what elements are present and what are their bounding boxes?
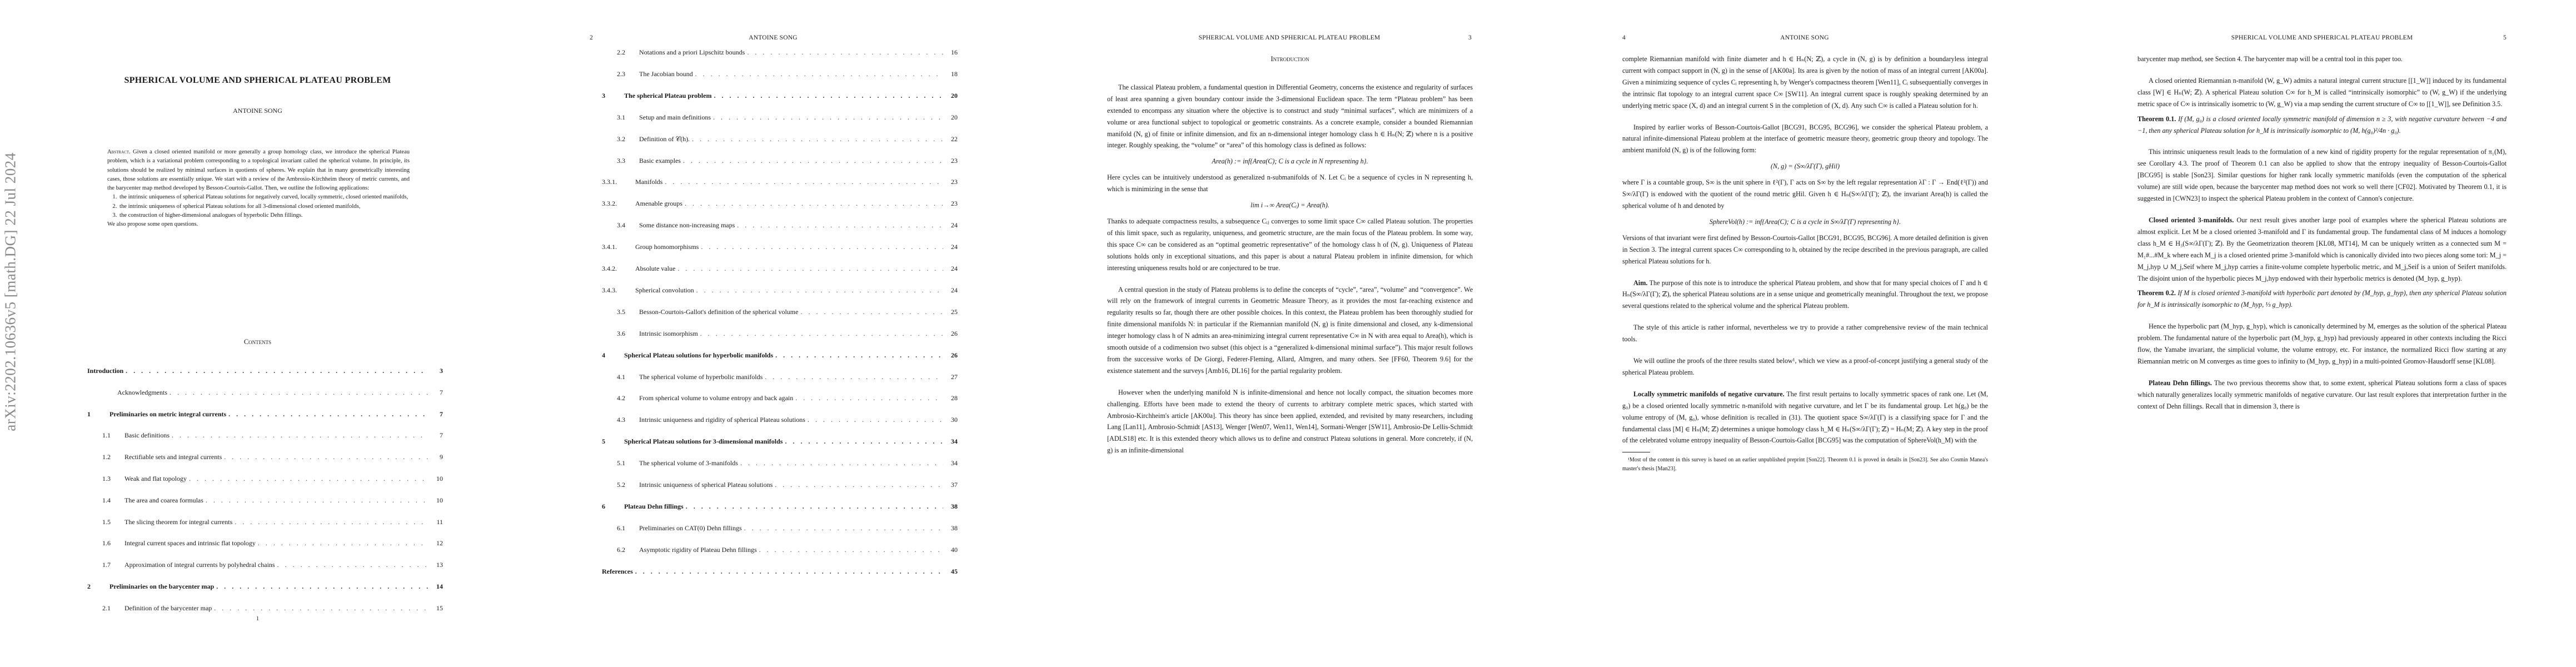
toc-label: Integral current spaces and intrinsic fl… bbox=[124, 539, 256, 547]
toc-page-number: 25 bbox=[945, 308, 958, 316]
toc-label: From spherical volume to volume entropy … bbox=[639, 394, 793, 402]
toc-number: 4.1 bbox=[602, 373, 639, 381]
toc-label: References bbox=[602, 568, 633, 576]
page-3: SPHERICAL VOLUME AND SPHERICAL PLATEAU P… bbox=[1030, 0, 1546, 667]
toc-page-number: 34 bbox=[945, 459, 958, 467]
toc-leader-dots bbox=[216, 583, 428, 591]
toc-number: 3.4.2. bbox=[602, 265, 635, 273]
paragraph: complete Riemannian manifold with finite… bbox=[1622, 53, 1988, 112]
toc-entry[interactable]: 6Plateau Dehn fillings38 bbox=[602, 502, 958, 514]
toc-label: Spherical convolution bbox=[635, 286, 694, 295]
theorem: Theorem 0.1. If (M, g₀) is a closed orie… bbox=[2137, 113, 2507, 137]
toc-entry[interactable]: 3The spherical Plateau problem20 bbox=[602, 92, 958, 103]
toc-number: 2.1 bbox=[87, 604, 124, 613]
toc-number: 6.2 bbox=[602, 546, 639, 554]
toc-label: Preliminaries on metric integral current… bbox=[109, 410, 226, 419]
toc-leader-dots bbox=[683, 157, 943, 165]
paragraph: Hence the hyperbolic part (M_hyp, g_hyp)… bbox=[2137, 321, 2507, 367]
toc-leader-dots bbox=[170, 389, 428, 397]
toc-page-number: 24 bbox=[945, 286, 958, 295]
toc-page-number: 30 bbox=[945, 416, 958, 424]
toc-leader-dots bbox=[740, 459, 943, 467]
toc-entry[interactable]: 1.6Integral current spaces and intrinsic… bbox=[87, 539, 443, 550]
toc-label: Spherical Plateau solutions for hyperbol… bbox=[624, 351, 773, 360]
paragraph: barycenter map method, see Section 4. Th… bbox=[2137, 53, 2507, 65]
toc-label: Weak and flat topology bbox=[124, 475, 187, 483]
page-4: 4 ANTOINE SONG complete Riemannian manif… bbox=[1546, 0, 2061, 667]
page-body: complete Riemannian manifold with finite… bbox=[1622, 53, 1988, 474]
toc-label: Preliminaries on the barycenter map bbox=[109, 583, 214, 591]
toc-number: 1.5 bbox=[87, 518, 124, 526]
toc-label: Intrinsic uniqueness of spherical Platea… bbox=[639, 481, 773, 489]
toc-number: 4 bbox=[602, 351, 624, 360]
toc-page-number: 28 bbox=[945, 394, 958, 402]
toc-number: 3.3.1. bbox=[602, 178, 635, 186]
toc-entry[interactable]: 4Spherical Plateau solutions for hyperbo… bbox=[602, 351, 958, 362]
toc-entry[interactable]: Introduction3 bbox=[87, 367, 443, 378]
toc-page-number: 24 bbox=[945, 221, 958, 230]
page-number: 1 bbox=[0, 615, 515, 622]
paragraph: Here cycles can be intuitively understoo… bbox=[1107, 172, 1473, 195]
paragraph: However when the underlying manifold N i… bbox=[1107, 387, 1473, 456]
paper-author: ANTOINE SONG bbox=[72, 107, 443, 115]
toc-entry[interactable]: 1.3Weak and flat topology10 bbox=[87, 475, 443, 486]
toc-number: 1.2 bbox=[87, 453, 124, 461]
section-heading: Introduction bbox=[1107, 53, 1473, 65]
toc-label: Spherical Plateau solutions for 3-dimens… bbox=[624, 437, 783, 446]
toc-label: Acknowledgments bbox=[102, 389, 167, 397]
toc-entry[interactable]: 3.4.3.Spherical convolution24 bbox=[602, 286, 958, 297]
page-body: Introduction The classical Plateau probl… bbox=[1107, 53, 1473, 456]
abstract-list: the intrinsic uniqueness of spherical Pl… bbox=[107, 193, 410, 220]
toc-number: 3.5 bbox=[602, 308, 639, 316]
toc-page-number: 23 bbox=[945, 157, 958, 165]
toc-page-number: 26 bbox=[945, 351, 958, 360]
footnote-rule bbox=[1622, 452, 1650, 452]
toc-entry[interactable]: 3.2Definition of 𝒞(h).22 bbox=[602, 135, 958, 146]
toc-entry[interactable]: 4.3Intrinsic uniqueness and rigidity of … bbox=[602, 416, 958, 427]
toc-label: Besson-Courtois-Gallot's definition of t… bbox=[639, 308, 798, 316]
toc-label: Introduction bbox=[87, 367, 123, 375]
toc-page-number: 12 bbox=[431, 539, 443, 547]
toc-entry[interactable]: 2.1Definition of the barycenter map15 bbox=[87, 604, 443, 615]
toc-page-number: 9 bbox=[431, 453, 443, 461]
toc-leader-dots bbox=[189, 475, 428, 483]
running-head: SPHERICAL VOLUME AND SPHERICAL PLATEAU P… bbox=[2137, 34, 2507, 46]
toc-leader-dots bbox=[795, 394, 943, 402]
toc-leader-dots bbox=[775, 481, 943, 489]
toc-label: Approximation of integral currents by po… bbox=[124, 561, 275, 569]
toc-label: Definition of 𝒞(h). bbox=[639, 135, 690, 143]
toc-page-number: 26 bbox=[945, 330, 958, 338]
paragraph: This intrinsic uniqueness result leads t… bbox=[2137, 146, 2507, 205]
toc-label: The area and coarea formulas bbox=[124, 496, 203, 505]
toc-page-number: 7 bbox=[431, 431, 443, 440]
toc-leader-dots bbox=[700, 330, 943, 338]
paragraph-label: Locally symmetric manifolds of negative … bbox=[1633, 390, 1785, 398]
toc-number: 1.1 bbox=[87, 431, 124, 440]
toc-entry[interactable]: 1Preliminaries on metric integral curren… bbox=[87, 410, 443, 421]
toc-leader-dots bbox=[785, 437, 943, 446]
abstract-closing: We also propose some open questions. bbox=[107, 220, 410, 229]
toc-number: 1 bbox=[87, 410, 109, 419]
toc-leader-dots bbox=[759, 546, 943, 554]
toc-entry[interactable]: 1.1Basic definitions7 bbox=[87, 431, 443, 442]
toc-leader-dots bbox=[775, 351, 943, 360]
running-head-title: SPHERICAL VOLUME AND SPHERICAL PLATEAU P… bbox=[2137, 34, 2507, 41]
toc-leader-dots bbox=[206, 496, 428, 505]
toc-label: The spherical volume of 3-manifolds bbox=[639, 459, 738, 467]
toc-label: The slicing theorem for integral current… bbox=[124, 518, 232, 526]
toc-page-number: 37 bbox=[945, 481, 958, 489]
theorem-label: Theorem 0.1. bbox=[2137, 115, 2176, 123]
toc-number: 1.7 bbox=[87, 561, 124, 569]
toc-label: Preliminaries on CAT(0) Dehn fillings bbox=[639, 524, 742, 532]
toc-leader-dots bbox=[800, 308, 943, 316]
paragraph: where Γ is a countable group, S∞ is the … bbox=[1622, 177, 1988, 212]
toc-number: 3 bbox=[602, 92, 624, 100]
toc-entry[interactable]: 6.1Preliminaries on CAT(0) Dehn fillings… bbox=[602, 524, 958, 535]
toc-page-number: 7 bbox=[431, 389, 443, 397]
equation: lim i→∞ Area(Cᵢ) = Area(h). bbox=[1107, 200, 1473, 211]
toc-leader-dots bbox=[126, 367, 428, 375]
toc-entry[interactable]: 6.2Asymptotic rigidity of Plateau Dehn f… bbox=[602, 546, 958, 557]
arxiv-stamp: arXiv:2202.10636v5 [math.DG] 22 Jul 2024 bbox=[3, 111, 18, 472]
toc-page-number: 16 bbox=[945, 48, 958, 57]
toc-leader-dots bbox=[714, 92, 943, 100]
toc-entry[interactable]: 3.4.1.Group homomorphisms24 bbox=[602, 243, 958, 254]
equation: Area(h) := inf{Area(C); C is a cycle in … bbox=[1107, 156, 1473, 167]
toc-leader-dots bbox=[713, 113, 943, 122]
toc-number: 2.3 bbox=[602, 70, 639, 78]
toc-label: Rectifiable sets and integral currents bbox=[124, 453, 222, 461]
toc-number: 3.4.1. bbox=[602, 243, 635, 251]
toc-entry[interactable]: 3.3.2.Amenable groups23 bbox=[602, 200, 958, 211]
toc-page-number: 23 bbox=[945, 200, 958, 208]
abstract-item: the construction of higher-dimensional a… bbox=[118, 211, 410, 220]
toc-leader-dots bbox=[744, 524, 943, 532]
toc-entry[interactable]: 1.2Rectifiable sets and integral current… bbox=[87, 453, 443, 464]
toc-label: Intrinsic isomorphism bbox=[639, 330, 698, 338]
toc-number: 5.2 bbox=[602, 481, 639, 489]
toc-label: Notations and a priori Lipschitz bounds bbox=[639, 48, 745, 57]
toc-page-number: 14 bbox=[431, 583, 443, 591]
toc-leader-dots bbox=[665, 178, 943, 186]
toc-entry[interactable]: 3.4.2.Absolute value24 bbox=[602, 265, 958, 276]
toc-label: Setup and main definitions bbox=[639, 113, 711, 122]
toc-leader-dots bbox=[696, 286, 943, 295]
toc-number: 3.1 bbox=[602, 113, 639, 122]
toc-page-number: 27 bbox=[945, 373, 958, 381]
toc-entry[interactable]: 2.2Notations and a priori Lipschitz boun… bbox=[602, 48, 958, 59]
paragraph: Inspired by earlier works of Besson-Cour… bbox=[1622, 122, 1988, 157]
toc-leader-dots bbox=[235, 518, 428, 526]
paragraph-label: Closed oriented 3-manifolds. bbox=[2149, 216, 2234, 224]
toc-label: Manifolds bbox=[635, 178, 662, 186]
paragraph: Versions of that invariant were first de… bbox=[1622, 232, 1988, 267]
toc-entry[interactable]: Acknowledgments7 bbox=[87, 389, 443, 400]
paragraph: We will outline the proofs of the three … bbox=[1622, 355, 1988, 379]
running-head-title: SPHERICAL VOLUME AND SPHERICAL PLATEAU P… bbox=[1107, 34, 1472, 41]
toc-number: 4.3 bbox=[602, 416, 639, 424]
toc-leader-dots bbox=[224, 453, 428, 461]
toc-number: 3.3 bbox=[602, 157, 639, 165]
toc-number: 3.3.2. bbox=[602, 200, 635, 208]
abstract-label: Abstract. bbox=[107, 149, 131, 155]
toc-entry[interactable]: 3.3.1.Manifolds23 bbox=[602, 178, 958, 189]
toc-entry[interactable]: 5Spherical Plateau solutions for 3-dimen… bbox=[602, 437, 958, 449]
toc-label: Plateau Dehn fillings bbox=[624, 502, 684, 511]
abstract-item: the intrinsic uniqueness of spherical Pl… bbox=[118, 202, 410, 211]
running-head: 2 ANTOINE SONG bbox=[590, 34, 956, 46]
toc-entry[interactable]: 3.4Some distance non-increasing maps24 bbox=[602, 221, 958, 232]
toc-label: Absolute value bbox=[635, 265, 675, 273]
toc-entry[interactable]: 4.2From spherical volume to volume entro… bbox=[602, 394, 958, 405]
page-number: 3 bbox=[1468, 34, 1472, 41]
equation: SphereVol(h) := inf{Area(C); C is a cycl… bbox=[1622, 216, 1988, 228]
page-1: arXiv:2202.10636v5 [math.DG] 22 Jul 2024… bbox=[0, 0, 515, 667]
toc-number: 2 bbox=[87, 583, 109, 591]
toc-page-number: 40 bbox=[945, 546, 958, 554]
toc-leader-dots bbox=[686, 502, 943, 511]
abstract: Abstract. Given a closed oriented manifo… bbox=[107, 148, 410, 230]
toc-label: Asymptotic rigidity of Plateau Dehn fill… bbox=[639, 546, 757, 554]
paragraph: Plateau Dehn fillings. The two previous … bbox=[2137, 377, 2507, 412]
paragraph-label: Plateau Dehn fillings. bbox=[2149, 379, 2212, 387]
toc-entry[interactable]: 4.1The spherical volume of hyperbolic ma… bbox=[602, 373, 958, 384]
toc-number: 5.1 bbox=[602, 459, 639, 467]
toc-entry[interactable]: 1.7Approximation of integral currents by… bbox=[87, 561, 443, 572]
toc-leader-dots bbox=[172, 431, 428, 440]
toc-entry[interactable]: 3.1Setup and main definitions20 bbox=[602, 113, 958, 125]
footnote: ¹Most of the content in this survey is b… bbox=[1622, 456, 1988, 474]
toc-page-number: 7 bbox=[431, 410, 443, 419]
paragraph: Locally symmetric manifolds of negative … bbox=[1622, 389, 1988, 447]
toc-page-number: 20 bbox=[945, 92, 958, 100]
toc-leader-dots bbox=[685, 200, 943, 208]
paragraph: Aim. The purpose of this note is to intr… bbox=[1622, 277, 1988, 312]
toc-number: 4.2 bbox=[602, 394, 639, 402]
toc-page-number: 24 bbox=[945, 265, 958, 273]
toc-entry[interactable]: 2Preliminaries on the barycenter map14 bbox=[87, 583, 443, 594]
toc-label: Basic definitions bbox=[124, 431, 170, 440]
toc-label: Some distance non-increasing maps bbox=[639, 221, 735, 230]
abstract-item: the intrinsic uniqueness of spherical Pl… bbox=[118, 193, 410, 202]
theorem: Theorem 0.2. If M is closed oriented 3-m… bbox=[2137, 287, 2507, 311]
toc-page-number: 38 bbox=[945, 524, 958, 532]
toc-page-number: 23 bbox=[945, 178, 958, 186]
toc-leader-dots bbox=[277, 561, 428, 569]
toc-number: 3.6 bbox=[602, 330, 639, 338]
toc-page-number: 45 bbox=[945, 568, 958, 576]
toc-leader-dots bbox=[737, 221, 943, 230]
running-head-title: ANTOINE SONG bbox=[1622, 34, 1987, 41]
toc-leader-dots bbox=[808, 416, 943, 424]
page-body: barycenter map method, see Section 4. Th… bbox=[2137, 53, 2507, 412]
toc-number: 1.3 bbox=[87, 475, 124, 483]
toc-page-number: 38 bbox=[945, 502, 958, 511]
toc-label: Amenable groups bbox=[635, 200, 682, 208]
paragraph: The style of this article is rather info… bbox=[1622, 322, 1988, 345]
toc-page-number: 18 bbox=[945, 70, 958, 78]
toc-entry[interactable]: 3.5Besson-Courtois-Gallot's definition o… bbox=[602, 308, 958, 319]
paragraph: A central question in the study of Plate… bbox=[1107, 284, 1473, 377]
toc-label: Definition of the barycenter map bbox=[124, 604, 212, 613]
toc-page-number: 20 bbox=[945, 113, 958, 122]
toc-leader-dots bbox=[692, 135, 943, 143]
paragraph: Thanks to adequate compactness results, … bbox=[1107, 216, 1473, 274]
toc-entry[interactable]: 1.4The area and coarea formulas10 bbox=[87, 496, 443, 507]
toc-leader-dots bbox=[765, 373, 943, 381]
toc-number: 1.4 bbox=[87, 496, 124, 505]
toc-entry[interactable]: 3.6Intrinsic isomorphism26 bbox=[602, 330, 958, 341]
equation: (N, g) = (S∞/λΓ(Γ), gHil) bbox=[1622, 161, 1988, 172]
toc-number: 2.2 bbox=[602, 48, 639, 57]
paragraph: A closed oriented Riemannian n-manifold … bbox=[2137, 75, 2507, 110]
toc-page-number: 34 bbox=[945, 437, 958, 446]
toc-page-number: 10 bbox=[431, 496, 443, 505]
running-head: 4 ANTOINE SONG bbox=[1622, 34, 1987, 46]
toc-label: The spherical Plateau problem bbox=[624, 92, 711, 100]
toc-page-number: 15 bbox=[431, 604, 443, 613]
toc-entry[interactable]: 5.1The spherical volume of 3-manifolds34 bbox=[602, 459, 958, 470]
page-5: SPHERICAL VOLUME AND SPHERICAL PLATEAU P… bbox=[2061, 0, 2576, 667]
toc-entry[interactable]: 5.2Intrinsic uniqueness of spherical Pla… bbox=[602, 481, 958, 492]
toc-page-number: 22 bbox=[945, 135, 958, 143]
theorem-label: Theorem 0.2. bbox=[2137, 289, 2176, 297]
toc-leader-dots bbox=[258, 539, 428, 547]
toc-label: The Jacobian bound bbox=[639, 70, 693, 78]
page-2: 2 ANTOINE SONG 2.2Notations and a priori… bbox=[515, 0, 1030, 667]
paper-title: SPHERICAL VOLUME AND SPHERICAL PLATEAU P… bbox=[72, 76, 443, 86]
paragraph: Closed oriented 3-manifolds. Our next re… bbox=[2137, 215, 2507, 284]
toc-leader-dots bbox=[677, 265, 943, 273]
toc-page-number: 11 bbox=[431, 518, 443, 526]
running-head: SPHERICAL VOLUME AND SPHERICAL PLATEAU P… bbox=[1107, 34, 1472, 46]
toc-entry[interactable]: 2.3The Jacobian bound18 bbox=[602, 70, 958, 81]
toc-number: 3.2 bbox=[602, 135, 639, 143]
toc-leader-dots bbox=[747, 48, 943, 57]
toc-page-number: 3 bbox=[431, 367, 443, 375]
toc-number: 6 bbox=[602, 502, 624, 511]
toc-number: 1.6 bbox=[87, 539, 124, 547]
toc-leader-dots bbox=[635, 568, 943, 576]
toc-label: Group homomorphisms bbox=[635, 243, 699, 251]
toc-leader-dots bbox=[228, 410, 428, 419]
toc-label: Basic examples bbox=[639, 157, 681, 165]
paragraph: The classical Plateau problem, a fundame… bbox=[1107, 82, 1473, 151]
page-number: 5 bbox=[2503, 34, 2507, 41]
toc-entry[interactable]: 1.5The slicing theorem for integral curr… bbox=[87, 518, 443, 529]
toc-page-number: 24 bbox=[945, 243, 958, 251]
abstract-text: Given a closed oriented manifold or more… bbox=[107, 149, 410, 191]
toc-entry[interactable]: References45 bbox=[602, 568, 958, 579]
toc-entry[interactable]: 3.3Basic examples23 bbox=[602, 157, 958, 168]
toc-page-number: 10 bbox=[431, 475, 443, 483]
toc-leader-dots bbox=[695, 70, 943, 78]
running-head-title: ANTOINE SONG bbox=[590, 34, 956, 41]
toc-leader-dots bbox=[214, 604, 428, 613]
toc-label: Intrinsic uniqueness and rigidity of sph… bbox=[639, 416, 805, 424]
contents-heading: Contents bbox=[0, 338, 515, 346]
toc-number: 5 bbox=[602, 437, 624, 446]
toc-label: The spherical volume of hyperbolic manif… bbox=[639, 373, 763, 381]
toc-number: 3.4 bbox=[602, 221, 639, 230]
paragraph-label: Aim. bbox=[1633, 279, 1647, 287]
toc-leader-dots bbox=[701, 243, 943, 251]
toc-number: 3.4.3. bbox=[602, 286, 635, 295]
toc-page-number: 13 bbox=[431, 561, 443, 569]
toc-number: 6.1 bbox=[602, 524, 639, 532]
